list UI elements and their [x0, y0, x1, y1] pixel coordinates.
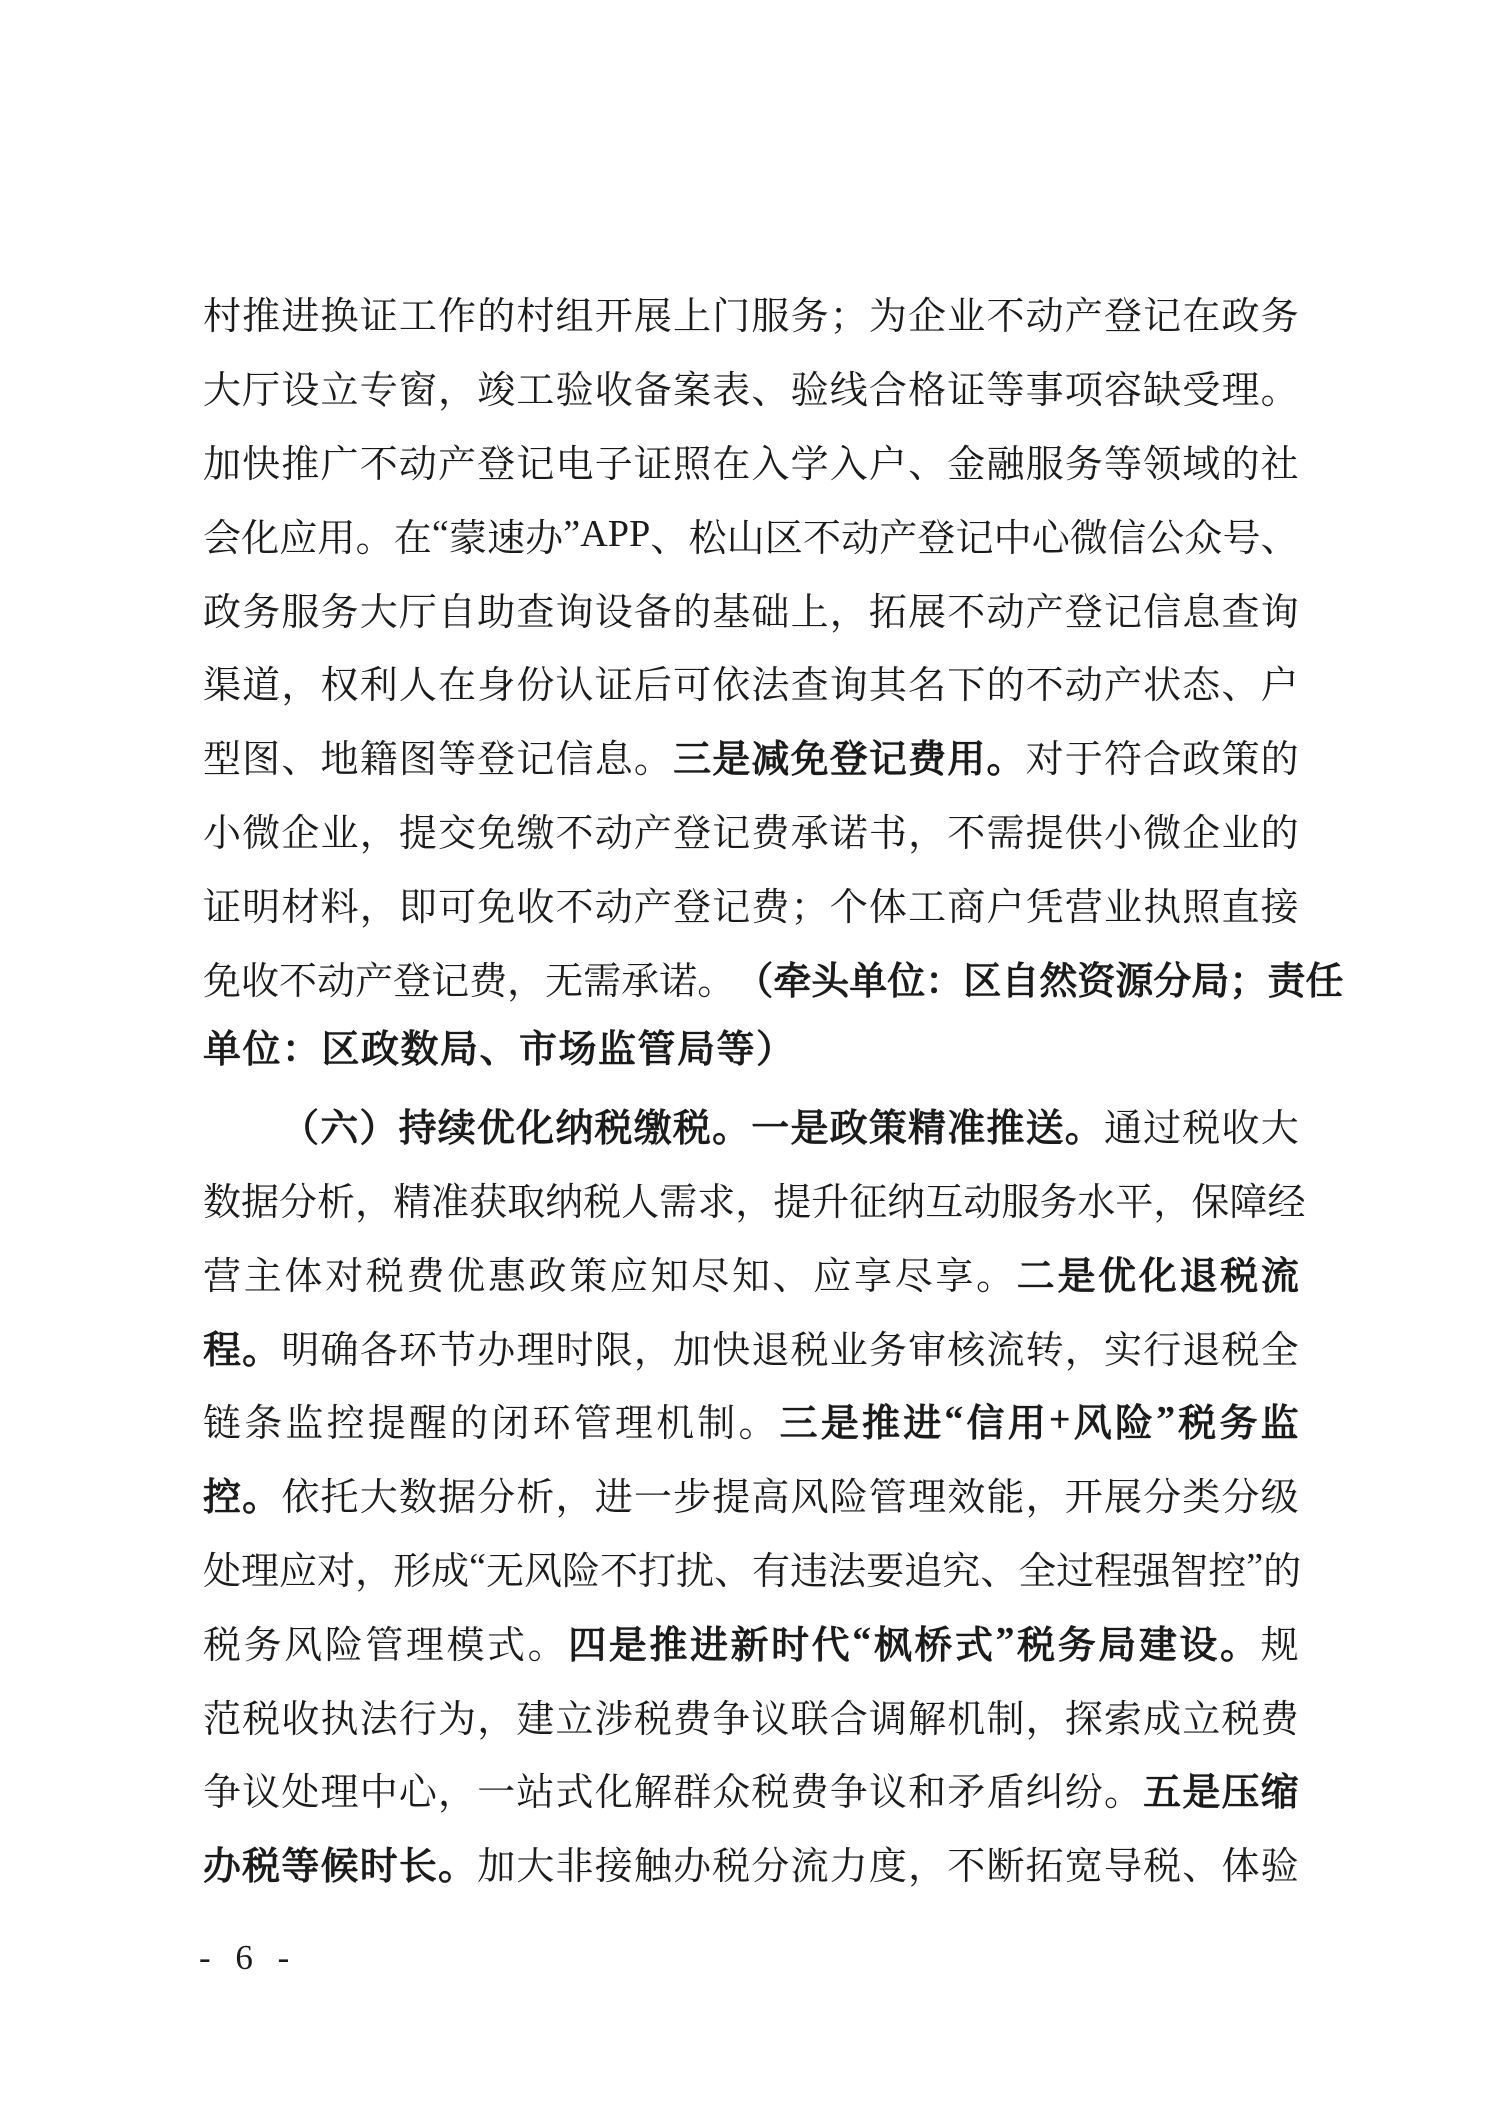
text-line: 办税等候时长。加大非接触办税分流力度，不断拓宽导税、体验: [203, 1826, 1299, 1900]
text-line: 处理应对，形成“无风险不打扰、有违法要追究、全过程强智控”的: [203, 1531, 1299, 1605]
page-number: - 6 -: [199, 1938, 291, 1978]
text-line: 型图、地籍图等登记信息。三是减免登记费用。对于符合政策的: [203, 719, 1299, 793]
text-line: 政务服务大厅自助查询设备的基础上，拓展不动产登记信息查询: [203, 571, 1299, 645]
text-line: 税务风险管理模式。四是推进新时代“枫桥式”税务局建设。规: [203, 1604, 1299, 1678]
text-line: 小微企业，提交免缴不动产登记费承诺书，不需提供小微企业的: [203, 793, 1299, 867]
text-line: （六）持续优化纳税缴税。一是政策精准推送。通过税收大: [203, 1088, 1299, 1162]
text-line: 加快推广不动产登记电子证照在入学入户、金融服务等领域的社: [203, 424, 1299, 498]
text-line: 大厅设立专窗，竣工验收备案表、验线合格证等事项容缺受理。: [203, 350, 1299, 424]
text-line: 营主体对税费优惠政策应知尽知、应享尽享。二是优化退税流: [203, 1235, 1299, 1309]
text-line: 证明材料，即可免收不动产登记费；个体工商户凭营业执照直接: [203, 866, 1299, 940]
text-line: 范税收执法行为，建立涉税费争议联合调解机制，探索成立税费: [203, 1678, 1299, 1752]
text-line: 程。明确各环节办理时限，加快退税业务审核流转，实行退税全: [203, 1309, 1299, 1383]
paragraph-section-six-tax: （六）持续优化纳税缴税。一是政策精准推送。通过税收大数据分析，精准获取纳税人需求…: [203, 1088, 1299, 1900]
text-line: 会化应用。在“蒙速办”APP、松山区不动产登记中心微信公众号、: [203, 497, 1299, 571]
document-body: 村推进换证工作的村组开展上门服务；为企业不动产登记在政务大厅设立专窗，竣工验收备…: [203, 276, 1299, 1900]
document-page: 村推进换证工作的村组开展上门服务；为企业不动产登记在政务大厅设立专窗，竣工验收备…: [0, 0, 1488, 2104]
paragraph-registration-services: 村推进换证工作的村组开展上门服务；为企业不动产登记在政务大厅设立专窗，竣工验收备…: [203, 276, 1299, 1088]
text-line: 单位：区政数局、市场监管局等）: [203, 1014, 1299, 1088]
text-line: 控。依托大数据分析，进一步提高风险管理效能，开展分类分级: [203, 1457, 1299, 1531]
text-line: 链条监控提醒的闭环管理机制。三是推进“信用+风险”税务监: [203, 1383, 1299, 1457]
text-line: 渠道，权利人在身份认证后可依法查询其名下的不动产状态、户: [203, 645, 1299, 719]
text-line: 免收不动产登记费，无需承诺。（牵头单位：区自然资源分局；责任: [203, 940, 1299, 1014]
text-line: 村推进换证工作的村组开展上门服务；为企业不动产登记在政务: [203, 276, 1299, 350]
text-line: 争议处理中心，一站式化解群众税费争议和矛盾纠纷。五是压缩: [203, 1752, 1299, 1826]
text-line: 数据分析，精准获取纳税人需求，提升征纳互动服务水平，保障经: [203, 1162, 1299, 1236]
